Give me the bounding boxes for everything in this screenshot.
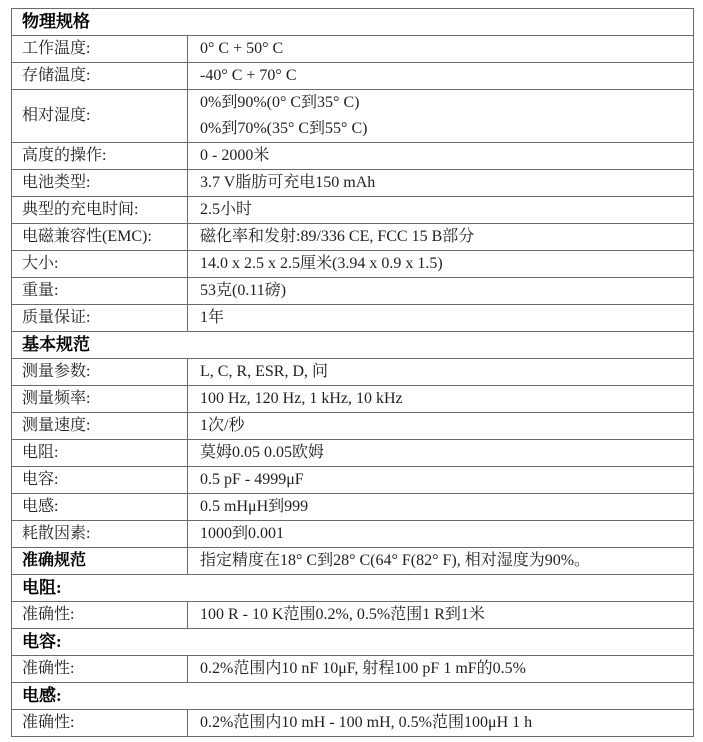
table-row: 重量:53克(0.11磅)	[12, 278, 694, 305]
spec-value: 14.0 x 2.5 x 2.5厘米(3.94 x 0.9 x 1.5)	[188, 251, 694, 278]
table-row: 物理规格	[12, 9, 694, 36]
table-row: 基本规范	[12, 332, 694, 359]
table-row: 测量速度:1次/秒	[12, 413, 694, 440]
spec-label: 高度的操作:	[12, 143, 188, 170]
table-row: 准确性:0.2%范围内10 nF 10μF, 射程100 pF 1 mF的0.5…	[12, 656, 694, 683]
spec-label: 电容:	[12, 467, 188, 494]
table-row: 电感:	[12, 683, 694, 710]
spec-label: 典型的充电时间:	[12, 197, 188, 224]
spec-value-line: 0%到70%(35° C到55° C)	[200, 116, 689, 142]
spec-value: 2.5小时	[188, 197, 694, 224]
spec-value: 3.7 V脂肪可充电150 mAh	[188, 170, 694, 197]
spec-label: 电池类型:	[12, 170, 188, 197]
table-row: 电容:	[12, 629, 694, 656]
spec-label: 工作温度:	[12, 36, 188, 63]
spec-label: 准确性:	[12, 656, 188, 683]
spec-label: 准确规范	[12, 548, 188, 575]
table-row: 准确规范指定精度在18° C到28° C(64° F(82° F), 相对湿度为…	[12, 548, 694, 575]
table-row: 电容:0.5 pF - 4999μF	[12, 467, 694, 494]
spec-value: 磁化率和发射:89/336 CE, FCC 15 B部分	[188, 224, 694, 251]
table-row: 准确性:0.2%范围内10 mH - 100 mH, 0.5%范围100μH 1…	[12, 710, 694, 737]
table-row: 耗散因素:1000到0.001	[12, 521, 694, 548]
spec-label: 准确性:	[12, 602, 188, 629]
spec-value: 100 Hz, 120 Hz, 1 kHz, 10 kHz	[188, 386, 694, 413]
section-header: 电容:	[12, 629, 694, 656]
spec-value: 0° C + 50° C	[188, 36, 694, 63]
spec-label: 测量参数:	[12, 359, 188, 386]
section-header: 电阻:	[12, 575, 694, 602]
spec-label: 电磁兼容性(EMC):	[12, 224, 188, 251]
table-row: 测量参数:L, C, R, ESR, D, 问	[12, 359, 694, 386]
spec-value: 100 R - 10 K范围0.2%, 0.5%范围1 R到1米	[188, 602, 694, 629]
spec-value: 0.5 pF - 4999μF	[188, 467, 694, 494]
spec-value: 1年	[188, 305, 694, 332]
spec-value: 0%到90%(0° C到35° C)0%到70%(35° C到55° C)	[188, 90, 694, 143]
spec-value-line: 0%到90%(0° C到35° C)	[200, 90, 689, 116]
spec-label: 相对湿度:	[12, 90, 188, 143]
spec-value: 53克(0.11磅)	[188, 278, 694, 305]
table-row: 测量频率:100 Hz, 120 Hz, 1 kHz, 10 kHz	[12, 386, 694, 413]
table-row: 工作温度:0° C + 50° C	[12, 36, 694, 63]
spec-label: 电感:	[12, 494, 188, 521]
spec-label: 准确性:	[12, 710, 188, 737]
table-row: 存储温度:-40° C + 70° C	[12, 63, 694, 90]
spec-value: -40° C + 70° C	[188, 63, 694, 90]
table-row: 质量保证:1年	[12, 305, 694, 332]
spec-label: 质量保证:	[12, 305, 188, 332]
spec-label: 耗散因素:	[12, 521, 188, 548]
spec-label: 测量速度:	[12, 413, 188, 440]
spec-label: 测量频率:	[12, 386, 188, 413]
table-row: 典型的充电时间:2.5小时	[12, 197, 694, 224]
spec-label: 大小:	[12, 251, 188, 278]
table-row: 大小:14.0 x 2.5 x 2.5厘米(3.94 x 0.9 x 1.5)	[12, 251, 694, 278]
spec-value: 0.5 mHμH到999	[188, 494, 694, 521]
spec-value: 1000到0.001	[188, 521, 694, 548]
spec-value: 莫姆0.05 0.05欧姆	[188, 440, 694, 467]
spec-label: 存储温度:	[12, 63, 188, 90]
spec-value: 指定精度在18° C到28° C(64° F(82° F), 相对湿度为90%。	[188, 548, 694, 575]
spec-value: 0 - 2000米	[188, 143, 694, 170]
spec-table-body: 物理规格工作温度:0° C + 50° C存储温度:-40° C + 70° C…	[12, 9, 694, 737]
table-row: 电感:0.5 mHμH到999	[12, 494, 694, 521]
spec-value: L, C, R, ESR, D, 问	[188, 359, 694, 386]
spec-sheet-page: 物理规格工作温度:0° C + 50° C存储温度:-40° C + 70° C…	[0, 0, 703, 742]
table-row: 相对湿度:0%到90%(0° C到35° C)0%到70%(35° C到55° …	[12, 90, 694, 143]
spec-label: 电阻:	[12, 440, 188, 467]
section-header: 基本规范	[12, 332, 694, 359]
spec-value: 1次/秒	[188, 413, 694, 440]
table-row: 电阻:	[12, 575, 694, 602]
table-row: 电磁兼容性(EMC):磁化率和发射:89/336 CE, FCC 15 B部分	[12, 224, 694, 251]
spec-label: 重量:	[12, 278, 188, 305]
section-header: 物理规格	[12, 9, 694, 36]
spec-value: 0.2%范围内10 mH - 100 mH, 0.5%范围100μH 1 h	[188, 710, 694, 737]
spec-table: 物理规格工作温度:0° C + 50° C存储温度:-40° C + 70° C…	[11, 8, 694, 737]
table-row: 电阻:莫姆0.05 0.05欧姆	[12, 440, 694, 467]
section-header: 电感:	[12, 683, 694, 710]
table-row: 电池类型:3.7 V脂肪可充电150 mAh	[12, 170, 694, 197]
table-row: 高度的操作:0 - 2000米	[12, 143, 694, 170]
table-row: 准确性:100 R - 10 K范围0.2%, 0.5%范围1 R到1米	[12, 602, 694, 629]
spec-value: 0.2%范围内10 nF 10μF, 射程100 pF 1 mF的0.5%	[188, 656, 694, 683]
